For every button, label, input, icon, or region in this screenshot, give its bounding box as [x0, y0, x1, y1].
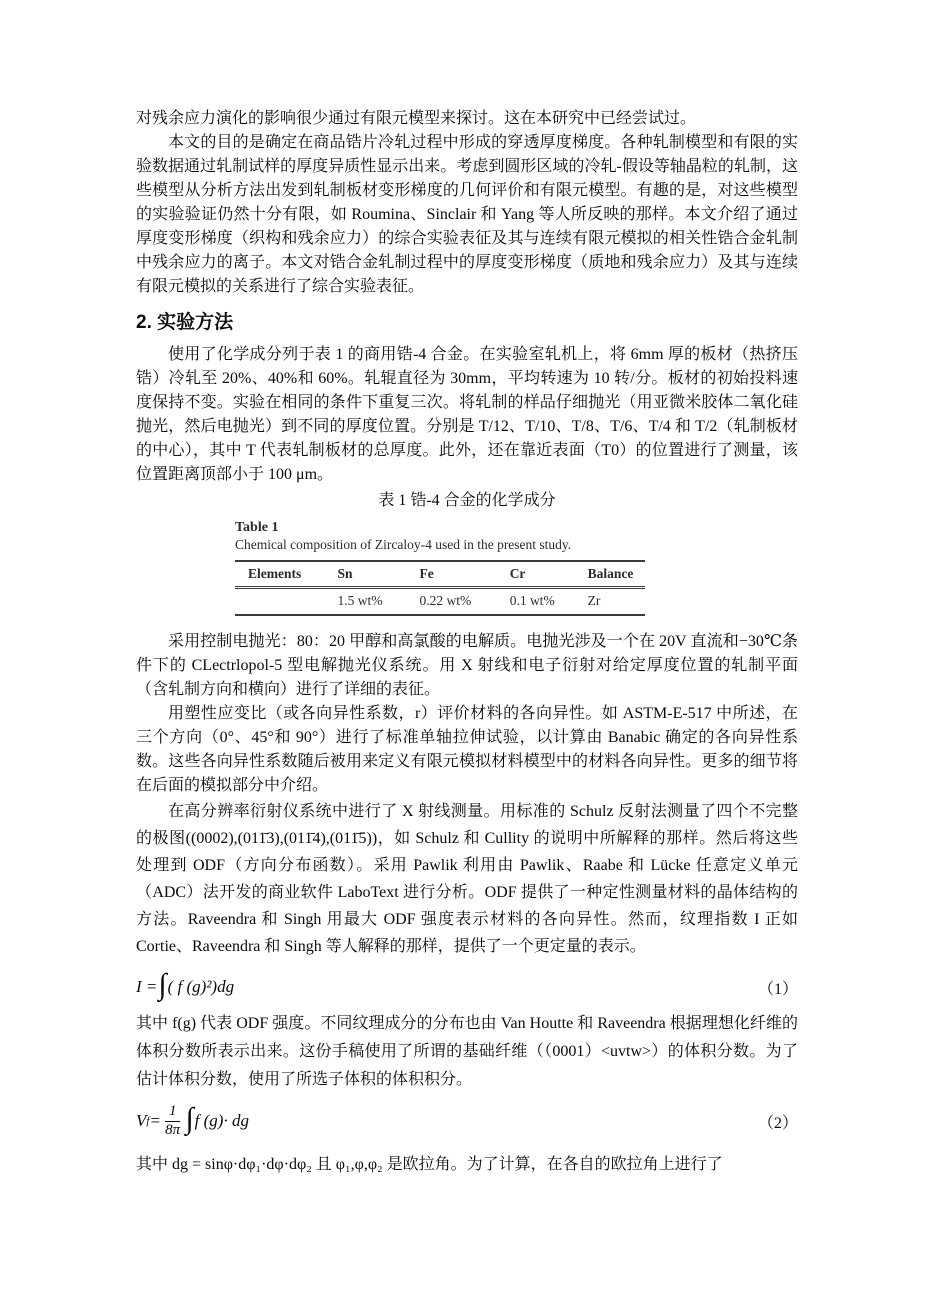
- equation-1-body: I = ∫( f (g)²)dg: [136, 972, 234, 1002]
- section-heading-experimental-methods: 2. 实验方法: [136, 311, 798, 335]
- table-cell-balance: Zr: [588, 588, 645, 616]
- integral-sign: ∫: [185, 1104, 193, 1134]
- composition-table: Elements Sn Fe Cr Balance 1.5 wt% 0.22 w…: [235, 560, 645, 616]
- integral-sign: ∫: [158, 970, 166, 1000]
- table-caption-chinese: 表 1 锆-4 合金的化学成分: [136, 489, 798, 513]
- paragraph-materials-rolling: 使用了化学成分列于表 1 的商用锆-4 合金。在实验室轧机上，将 6mm 厚的板…: [136, 343, 798, 487]
- paragraph-euler-angles: 其中 dg = sinφ·dφ₁·dφ·dφ₂ 且 φ₁,φ,φ₂ 是欧拉角。为…: [136, 1153, 798, 1177]
- paragraph-odf-intensity: 其中 f(g) 代表 ODF 强度。不同纹理成分的分布也由 Van Houtte…: [136, 1010, 798, 1094]
- paragraph-purpose: 本文的目的是确定在商品锆片冷轧过程中形成的穿透厚度梯度。各种轧制模型和有限的实验…: [136, 131, 798, 299]
- table-cell-cr: 0.1 wt%: [510, 588, 588, 616]
- table-cell-elements: [235, 588, 338, 616]
- paragraph-electropolishing: 采用控制电抛光：80：20 甲醇和高氯酸的电解质。电抛光涉及一个在 20V 直流…: [136, 630, 798, 702]
- table-header-sn: Sn: [338, 561, 420, 588]
- table-header-fe: Fe: [420, 561, 510, 588]
- table-row: 1.5 wt% 0.22 wt% 0.1 wt% Zr: [235, 588, 645, 616]
- equation-1-number: （1）: [758, 976, 798, 999]
- equation-1: I = ∫( f (g)²)dg （1）: [136, 972, 798, 1002]
- table-cell-sn: 1.5 wt%: [338, 588, 420, 616]
- document-page: 对残余应力演化的影响很少通过有限元模型来探讨。这在本研究中已经尝试过。 本文的目…: [0, 0, 926, 1309]
- fraction-one-over-8pi: 18π: [165, 1104, 181, 1139]
- paragraph-xray-polefigures: 在高分辨率衍射仪系统中进行了 X 射线测量。用标准的 Schulz 反射法测量了…: [136, 798, 798, 960]
- table-header-balance: Balance: [588, 561, 645, 588]
- table-header-elements: Elements: [235, 561, 338, 588]
- equation-2-body: Vf = 18π∫ f (g)· dg: [136, 1104, 249, 1139]
- table-cell-fe: 0.22 wt%: [420, 588, 510, 616]
- table-header-row: Elements Sn Fe Cr Balance: [235, 561, 645, 588]
- equation-2: Vf = 18π∫ f (g)· dg （2）: [136, 1104, 798, 1139]
- table-figure: Table 1 Chemical composition of Zircaloy…: [235, 519, 645, 616]
- table-title: Table 1: [235, 519, 645, 536]
- table-header-cr: Cr: [510, 561, 588, 588]
- table-subtitle: Chemical composition of Zircaloy-4 used …: [235, 536, 645, 553]
- paragraph-anisotropy: 用塑性应变比（或各向异性系数，r）评价材料的各向异性。如 ASTM-E-517 …: [136, 702, 798, 798]
- paragraph-residual-stress: 对残余应力演化的影响很少通过有限元模型来探讨。这在本研究中已经尝试过。: [136, 107, 798, 131]
- equation-2-number: （2）: [758, 1110, 798, 1133]
